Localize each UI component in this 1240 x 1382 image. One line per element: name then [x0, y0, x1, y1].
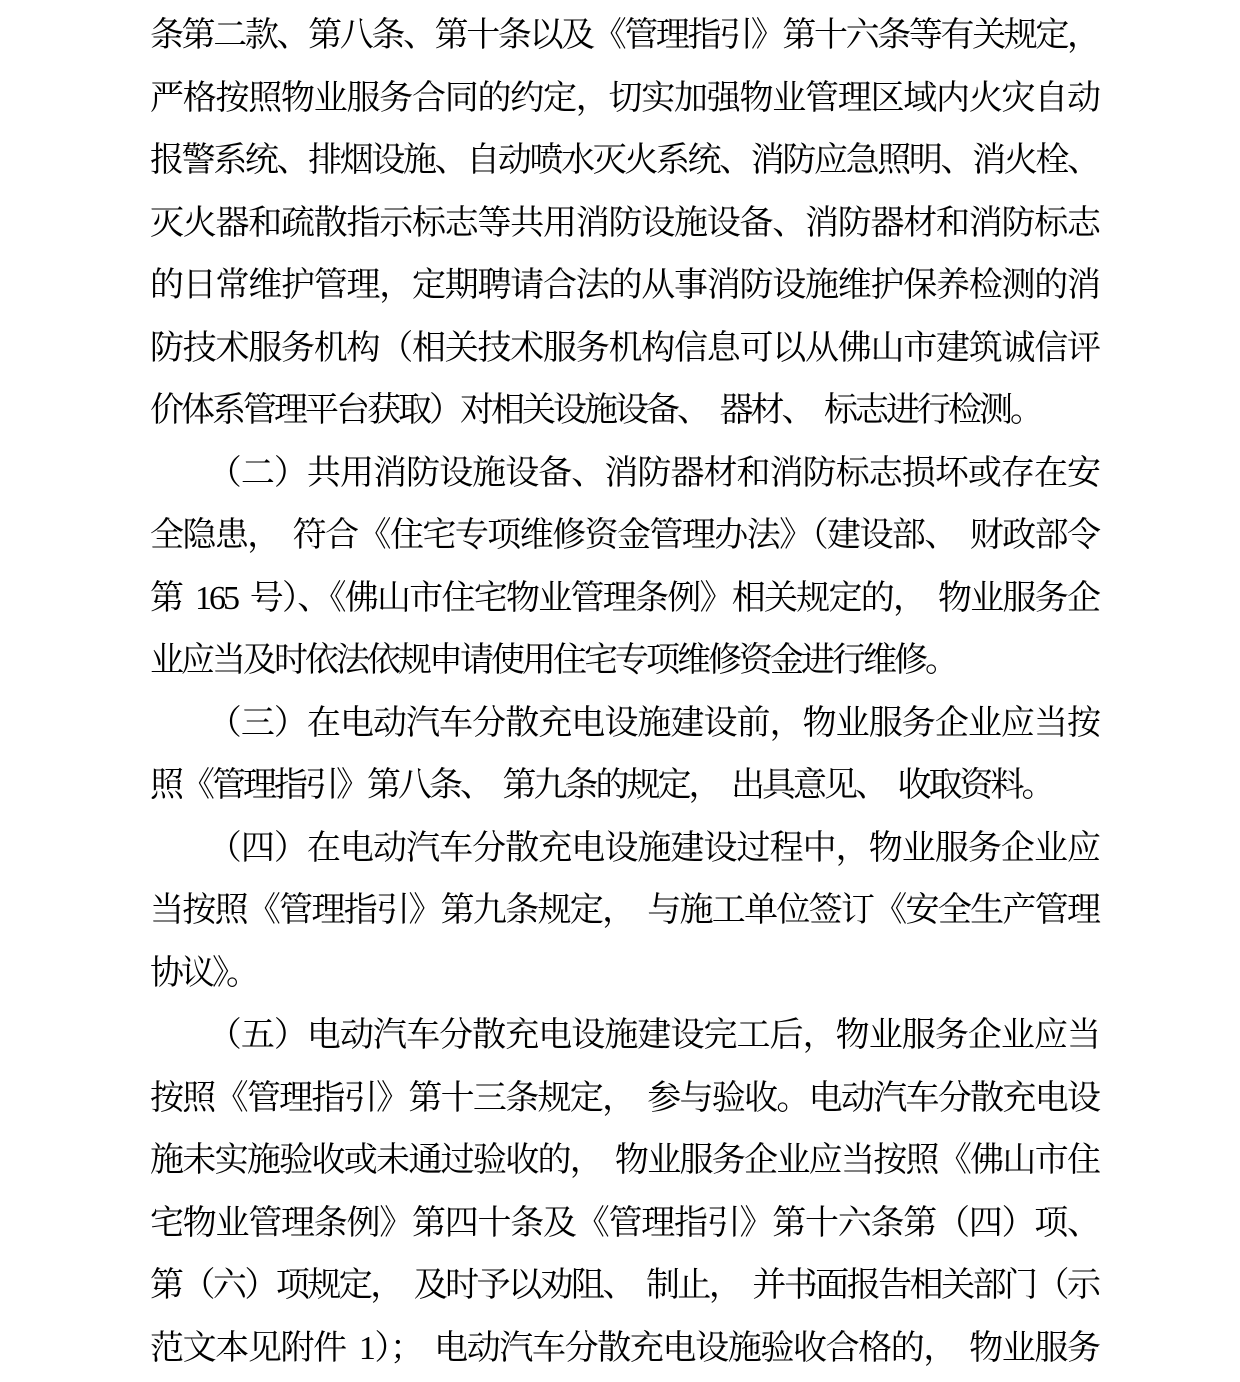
text-line: 业应当及时依法依规申请使用住宅专项维修资金进行维修。: [150, 630, 1098, 693]
text-line: 的日常维护管理，定期聘请合法的从事消防设施维护保养检测的消: [150, 255, 1098, 318]
text-line: 价体系管理平台获取）对相关设施设备、 器材、 标志进行检测。: [150, 380, 1098, 443]
text-line: 范文本见附件 1）； 电动汽车分散充电设施验收合格的， 物业服务: [150, 1318, 1098, 1381]
text-line: （四）在电动汽车分散充电设施建设过程中，物业服务企业应: [150, 818, 1098, 881]
text-line: 按照《管理指引》第十三条规定， 参与验收。电动汽车分散充电设: [150, 1068, 1098, 1131]
text-line: 报警系统、排烟设施、自动喷水灭火系统、消防应急照明、消火栓、: [150, 130, 1098, 193]
text-line: 第 165 号）、《佛山市住宅物业管理条例》相关规定的， 物业服务企: [150, 568, 1098, 631]
text-line: 宅物业管理条例》第四十条及《管理指引》第十六条第（四）项、: [150, 1193, 1098, 1256]
text-line: 严格按照物业服务合同的约定，切实加强物业管理区域内火灾自动: [150, 68, 1098, 131]
text-line: 照《管理指引》第八条、 第九条的规定， 出具意见、 收取资料。: [150, 755, 1098, 818]
text-line: （五）电动汽车分散充电设施建设完工后，物业服务企业应当: [150, 1005, 1098, 1068]
text-line: 施未实施验收或未通过验收的， 物业服务企业应当按照《佛山市住: [150, 1130, 1098, 1193]
text-line: 全隐患， 符合《住宅专项维修资金管理办法》（建设部、 财政部令: [150, 505, 1098, 568]
document-page: 条第二款、第八条、第十条以及《管理指引》第十六条等有关规定，严格按照物业服务合同…: [0, 0, 1240, 1382]
text-line: 第（六）项规定， 及时予以劝阻、 制止， 并书面报告相关部门（示: [150, 1255, 1098, 1318]
document-text-block: 条第二款、第八条、第十条以及《管理指引》第十六条等有关规定，严格按照物业服务合同…: [150, 5, 1098, 1380]
text-line: （二）共用消防设施设备、消防器材和消防标志损坏或存在安: [150, 443, 1098, 506]
text-line: 条第二款、第八条、第十条以及《管理指引》第十六条等有关规定，: [150, 5, 1098, 68]
text-line: 协议》。: [150, 943, 1098, 1006]
text-line: （三）在电动汽车分散充电设施建设前，物业服务企业应当按: [150, 693, 1098, 756]
text-line: 当按照《管理指引》第九条规定， 与施工单位签订《安全生产管理: [150, 880, 1098, 943]
text-line: 灭火器和疏散指示标志等共用消防设施设备、消防器材和消防标志: [150, 193, 1098, 256]
text-line: 防技术服务机构（相关技术服务机构信息可以从佛山市建筑诚信评: [150, 318, 1098, 381]
